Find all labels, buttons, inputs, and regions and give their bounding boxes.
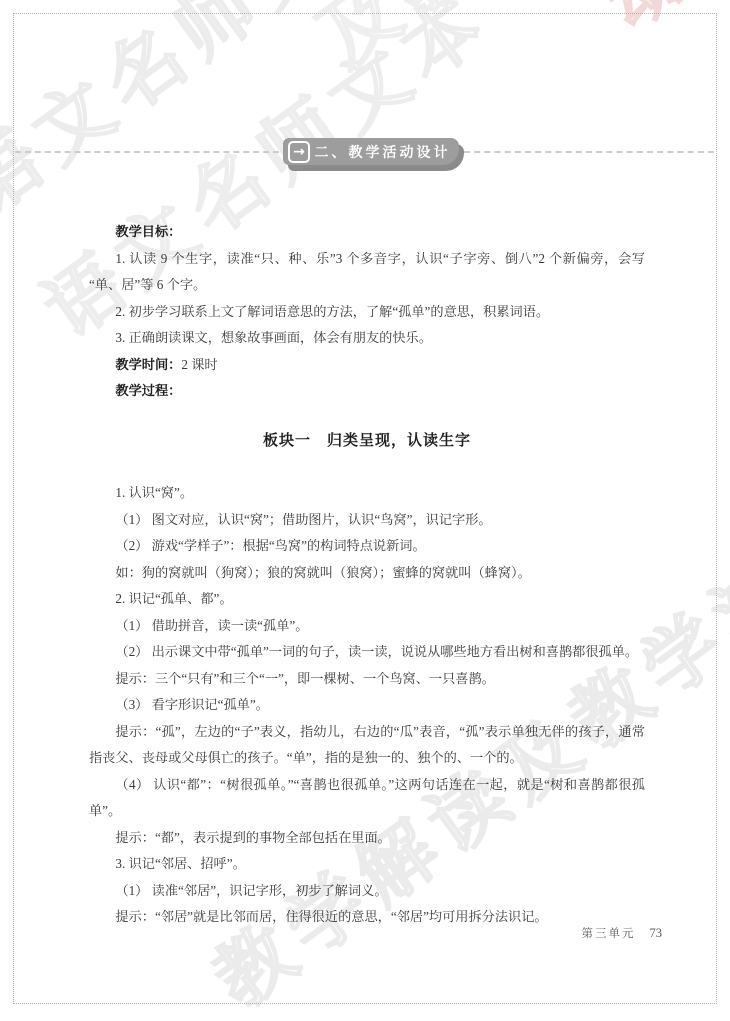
paragraph-text: 3. 正确朗读课文，想象故事画面，体会有朋友的快乐。 <box>115 330 432 345</box>
paragraph-text: 提示：“都”，表示提到的事物全部包括在里面。 <box>115 830 390 845</box>
section-title: 二、教学活动设计 <box>310 142 459 162</box>
paragraph: 提示：“都”，表示提到的事物全部包括在里面。 <box>89 825 645 852</box>
footer-page-number: 73 <box>650 926 663 941</box>
paragraph: 教学目标： <box>89 219 645 246</box>
paragraph: 1. 认读 9 个生字，读准“只、种、乐”3 个多音字，认识“子字旁、倒八”2 … <box>89 246 645 299</box>
paragraph: 1. 认识“窝”。 <box>89 480 645 507</box>
paragraph-text: 提示：三个“只有”和三个“一”，即一棵树、一个鸟窝、一只喜鹊。 <box>115 671 494 686</box>
page-footer: 第三单元 73 <box>582 925 663 941</box>
content-paragraphs: 教学目标：1. 认读 9 个生字，读准“只、种、乐”3 个多音字，认识“子字旁、… <box>89 219 645 931</box>
paragraph-label: 教学时间： <box>115 357 181 372</box>
header-dashed-rule-right <box>464 151 714 153</box>
paragraph: 2. 识记“孤单、都”。 <box>89 586 645 613</box>
paragraph-text: 如：狗的窝就叫（狗窝）；狼的窝就叫（狼窝）；蜜蜂的窝就叫（蜂窝）。 <box>115 565 530 580</box>
paragraph: 2. 初步学习联系上文了解词语意思的方法，了解“孤单”的意思，积累词语。 <box>89 299 645 326</box>
section-header-badge: → 二、教学活动设计 <box>283 138 459 165</box>
paragraph-text: 提示：“邻居”就是比邻而居，住得很近的意思，“邻居”均可用拆分法识记。 <box>115 909 547 924</box>
paragraph: 板块一 归类呈现，认读生字 <box>89 428 645 455</box>
paragraph: 教学时间：2 课时 <box>89 352 645 379</box>
paragraph-text: （2） 游戏“学样子”：根据“鸟窝”的构词特点说新词。 <box>115 538 425 553</box>
paragraph: 提示：“邻居”就是比邻而居，住得很近的意思，“邻居”均可用拆分法识记。 <box>89 904 645 931</box>
footer-unit-label: 第三单元 <box>582 925 636 941</box>
paragraph-text: 3. 识记“邻居、招呼”。 <box>115 856 245 871</box>
paragraph-text: （3） 看字形识记“孤单”。 <box>115 697 268 712</box>
paragraph: 提示：“孤”，左边的“子”表义，指幼儿，右边的“瓜”表音，“孤”表示单独无伴的孩… <box>89 719 645 772</box>
paragraph-text: 提示：“孤”，左边的“子”表义，指幼儿，右边的“瓜”表音，“孤”表示单独无伴的孩… <box>89 724 645 766</box>
paragraph: （1） 读准“邻居”，识记字形，初步了解词义。 <box>89 878 645 905</box>
paragraph: 如：狗的窝就叫（狗窝）；狼的窝就叫（狼窝）；蜜蜂的窝就叫（蜂窝）。 <box>89 560 645 587</box>
paragraph: 3. 正确朗读课文，想象故事画面，体会有朋友的快乐。 <box>89 325 645 352</box>
header-dashed-rule-left <box>15 151 279 153</box>
paragraph: （2） 游戏“学样子”：根据“鸟窝”的构词特点说新词。 <box>89 533 645 560</box>
paragraph: （3） 看字形识记“孤单”。 <box>89 692 645 719</box>
paragraph-text: （1） 借助拼音，读一读“孤单”。 <box>115 618 308 633</box>
paragraph-label: 教学过程： <box>115 383 181 398</box>
paragraph-text: （1） 图文对应，认识“窝”；借助图片，认识“鸟窝”，识记字形。 <box>115 512 491 527</box>
paragraph-text: 板块一 归类呈现，认读生字 <box>263 432 471 449</box>
paragraph-text: 1. 认识“窝”。 <box>115 485 193 500</box>
paragraph-label: 教学目标： <box>115 224 181 239</box>
paragraph: 3. 识记“邻居、招呼”。 <box>89 851 645 878</box>
badge: → 二、教学活动设计 <box>283 138 459 165</box>
paragraph: 教学过程： <box>89 378 645 405</box>
paragraph-text: 2 课时 <box>181 357 217 372</box>
paragraph-text: 2. 识记“孤单、都”。 <box>115 591 232 606</box>
paragraph-text: （2） 出示课文中带“孤单”一词的句子，读一读，说说从哪些地方看出树和喜鹊都很孤… <box>115 644 638 659</box>
arrow-right-icon: → <box>288 141 310 163</box>
paragraph-text: 2. 初步学习联系上文了解词语意思的方法，了解“孤单”的意思，积累词语。 <box>115 304 549 319</box>
paragraph-text: （4） 认识“都”：“树很孤单。”“喜鹊也很孤单。”这两句话连在一起，就是“树和… <box>89 777 645 819</box>
paragraph: （1） 图文对应，认识“窝”；借助图片，认识“鸟窝”，识记字形。 <box>89 507 645 534</box>
paragraph: 提示：三个“只有”和三个“一”，即一棵树、一个鸟窝、一只喜鹊。 <box>89 666 645 693</box>
paragraph: （1） 借助拼音，读一读“孤单”。 <box>89 613 645 640</box>
paragraph-text: 1. 认读 9 个生字，读准“只、种、乐”3 个多音字，认识“子字旁、倒八”2 … <box>89 251 645 293</box>
paragraph: （4） 认识“都”：“树很孤单。”“喜鹊也很孤单。”这两句话连在一起，就是“树和… <box>89 772 645 825</box>
paragraph-text: （1） 读准“邻居”，识记字形，初步了解词义。 <box>115 883 387 898</box>
book-page: 小学语文名师文本语文名师文本及教学活动设教学解读及教学活动设计学解读动设计 → … <box>0 0 730 1021</box>
paragraph: （2） 出示课文中带“孤单”一词的句子，读一读，说说从哪些地方看出树和喜鹊都很孤… <box>89 639 645 666</box>
